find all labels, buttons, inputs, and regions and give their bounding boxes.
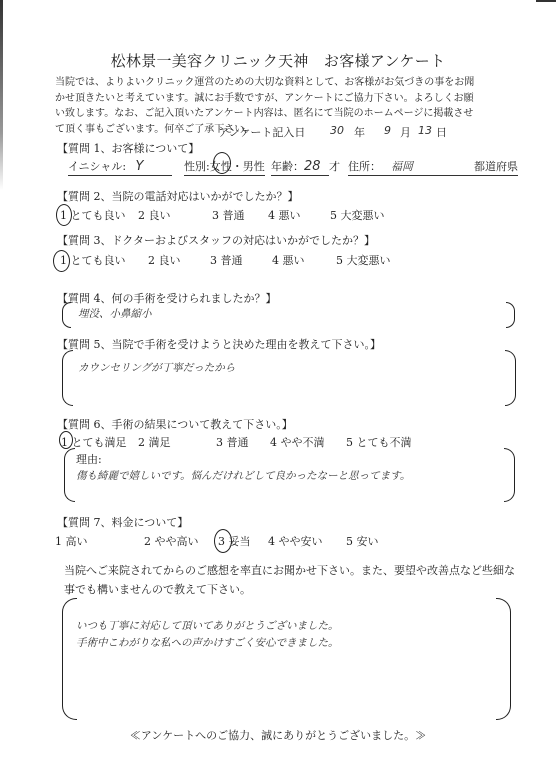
q7-option-4[interactable]: 4 やや安い: [268, 533, 323, 549]
q6-bracket-left: [64, 448, 75, 502]
q4-bracket-right: [506, 302, 515, 328]
q1-address-field[interactable]: 住所：福岡 都道府県: [348, 158, 518, 176]
age-label: 年齢：: [271, 160, 304, 173]
footer-thanks: ≪アンケートへのご協力、誠にありがとうございました。≫: [0, 727, 556, 743]
q7-option-2[interactable]: 2 やや高い: [144, 533, 199, 549]
gender-label: 性別:: [184, 160, 210, 173]
date-day-unit: 日: [436, 124, 447, 140]
q1-age-field[interactable]: 年齢：28 才: [271, 158, 340, 176]
q2-selected-circle: [56, 204, 72, 226]
q3-option-2[interactable]: 2 良い: [148, 252, 181, 268]
address-unit: 都道府県: [466, 158, 518, 176]
q4-answer[interactable]: 埋没、小鼻縮小: [78, 306, 152, 321]
q6-option-2[interactable]: 2 満足: [138, 434, 171, 450]
q7-selected-circle: [214, 529, 232, 553]
comments-bracket-right: [496, 598, 511, 720]
q6-title: 【質問 6、手術の結果について教えて下さい。】: [57, 416, 293, 432]
date-day-value[interactable]: 13: [418, 124, 432, 137]
date-label: アンケート記入日: [218, 124, 305, 140]
initial-value: Y: [136, 159, 144, 174]
age-unit: 才: [329, 160, 340, 173]
address-label: 住所：: [348, 160, 381, 173]
q2-option-2[interactable]: 2 良い: [138, 207, 171, 223]
q1-initial-field[interactable]: イニシャル: Y: [68, 158, 174, 176]
q1-title: 【質問 1、お客様について】: [57, 140, 199, 156]
date-month-value[interactable]: 9: [384, 124, 391, 137]
initial-label: イニシャル:: [68, 160, 126, 173]
q2-option-5[interactable]: 5 大変悪い: [330, 207, 385, 223]
q5-title: 【質問 5、当院で手術を受けようと決めた理由を教えて下さい。】: [57, 336, 381, 352]
q4-bracket-left: [62, 302, 71, 328]
q2-option-4[interactable]: 4 悪い: [268, 207, 301, 223]
q2-title: 【質問 2、当院の電話対応はいかがでしたか？】: [57, 188, 299, 204]
comments-bracket-left: [62, 598, 77, 720]
q3-option-5[interactable]: 5 大変悪い: [336, 252, 391, 268]
q6-reason[interactable]: 傷も綺麗で嬉しいです。悩んだけれどして良かったなーと思ってます。: [76, 468, 410, 483]
date-year-unit: 年: [354, 124, 365, 140]
q6-option-4[interactable]: 4 やや不満: [270, 434, 325, 450]
q7-title: 【質問 7、料金について】: [57, 514, 188, 530]
q7-option-5[interactable]: 5 安い: [346, 533, 379, 549]
document-title: 松林景一美容クリニック天神 お客様アンケート: [0, 50, 556, 71]
q7-option-1[interactable]: 1 高い: [55, 533, 88, 549]
q6-option-5[interactable]: 5 とても不満: [346, 434, 412, 450]
q5-bracket-left: [62, 350, 73, 406]
q6-reason-label: 理由:: [76, 451, 102, 467]
date-month-unit: 月: [400, 124, 411, 140]
q5-bracket-right: [505, 350, 516, 406]
age-value: 28: [304, 159, 321, 174]
q3-option-4[interactable]: 4 悪い: [272, 252, 305, 268]
gender-selected-circle: [213, 152, 231, 174]
q5-answer[interactable]: カウンセリングが丁寧だったから: [78, 360, 235, 375]
scan-edge: [536, 0, 556, 2]
scan-edge: [0, 0, 3, 190]
q2-option-3[interactable]: 3 普通: [212, 207, 245, 223]
q6-option-3[interactable]: 3 普通: [216, 434, 249, 450]
comments-prompt: 当院へご来院されてからのご感想を率直にお聞かせ下さい。また、要望や改善点など些細…: [64, 561, 524, 599]
comments-line-2[interactable]: 手術中こわがりな私への声かけすごく安心できました。: [76, 635, 339, 650]
q3-title: 【質問 3、ドクターおよびスタッフの対応はいかがでしたか？】: [57, 232, 375, 248]
date-year-value[interactable]: 30: [330, 124, 344, 137]
q3-selected-circle: [53, 250, 70, 272]
q3-option-3[interactable]: 3 普通: [210, 252, 243, 268]
comments-line-1[interactable]: いつも丁寧に対応して頂いてありがとうございました。: [76, 618, 339, 633]
q4-title: 【質問 4、何の手術を受けられましたか？】: [57, 290, 277, 306]
q6-selected-circle: [59, 431, 73, 449]
address-value: 福岡: [391, 160, 413, 173]
q6-bracket-right: [504, 448, 515, 502]
